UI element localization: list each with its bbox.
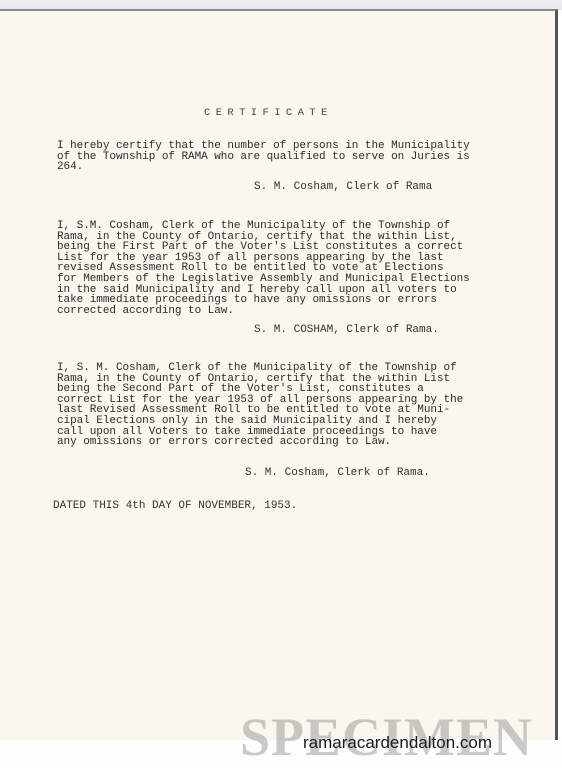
jury-certification-paragraph: I hereby certify that the number of pers…	[57, 141, 470, 173]
website-watermark: ramaracardendalton.com	[303, 733, 492, 753]
signature-3: S. M. Cosham, Clerk of Rama.	[245, 467, 430, 479]
signature-2: S. M. COSHAM, Clerk of Rama.	[254, 324, 439, 336]
second-part-certification-paragraph: I, S. M. Cosham, Clerk of the Municipali…	[57, 363, 463, 448]
date-line: DATED THIS 4th DAY OF NOVEMBER, 1953.	[53, 500, 297, 512]
document-title: CERTIFICATE	[204, 107, 333, 119]
signature-1: S. M. Cosham, Clerk of Rama	[254, 181, 432, 193]
first-part-certification-paragraph: I, S.M. Cosham, Clerk of the Municipalit…	[57, 221, 470, 316]
